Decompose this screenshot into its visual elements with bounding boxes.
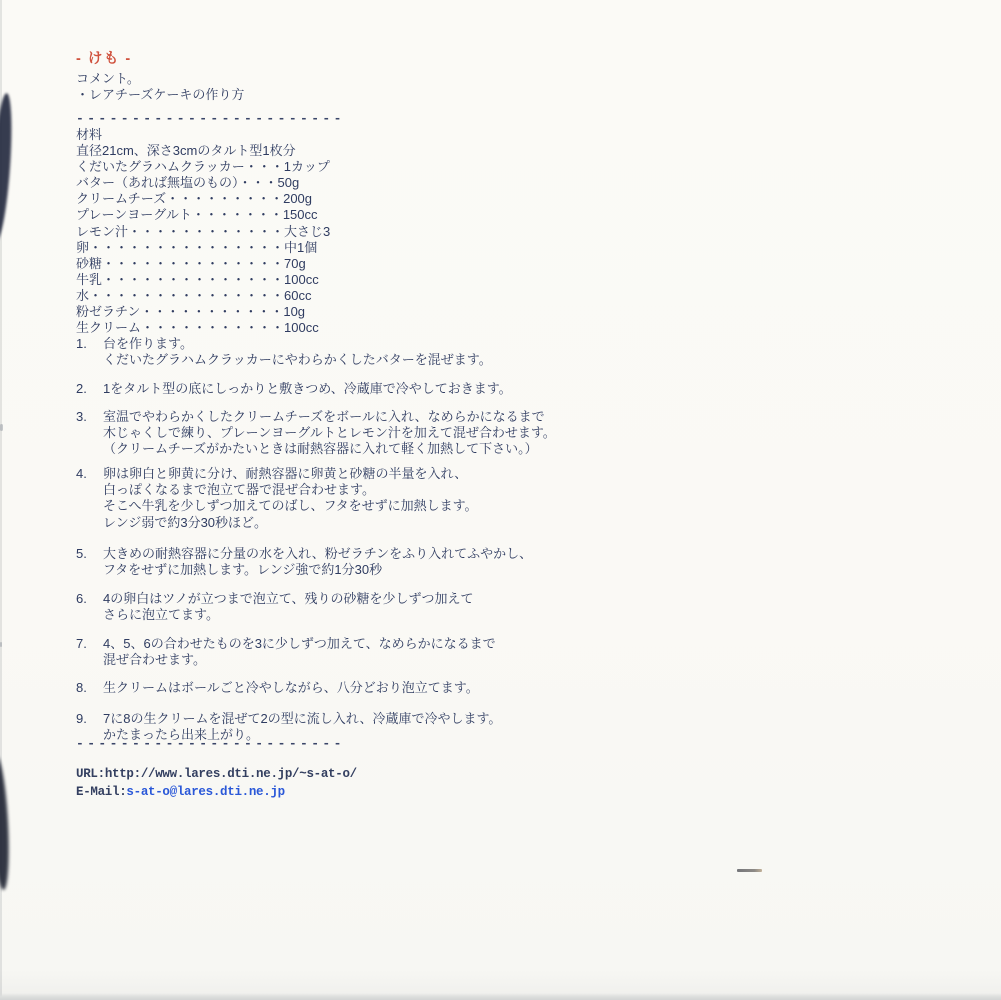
step-number: 1. [76,336,103,368]
recipe-step: 4. 卵は卵白と卵黄に分け、耐熱容器に卵黄と砂糖の半量を入れ、 白っぽくなるまで… [76,466,478,531]
comment-label: コメント。 [76,71,244,87]
ingredient-line: 牛乳・・・・・・・・・・・・・・100cc [76,272,330,288]
recipe-step: 8. 生クリームはボールごと冷やしながら、八分どおり泡立てます。 [76,680,479,696]
step-line: フタをせずに加熱します。レンジ強で約1分30秒 [103,562,532,578]
recipe-step: 6. 4の卵白はツノが立つまで泡立て、残りの砂糖を少しずつ加えて さらに泡立てま… [76,591,473,623]
scan-artifact-left-top [0,93,15,242]
step-line: 混ぜ合わせます。 [103,652,496,668]
step-line: レンジ弱で約3分30秒ほど。 [103,515,478,531]
step-line: 木じゃくしで練り、プレーンヨーグルトとレモン汁を加えて混ぜ合わせます。 [103,425,556,441]
ingredients-section: 材料 直径21cm、深さ3cmのタルト型1枚分 くだいたグラハムクラッカー・・・… [76,127,330,336]
scan-artifact-dash [737,869,762,872]
ingredients-header: 材料 [76,127,330,143]
step-number: 4. [76,466,103,531]
ingredient-line: くだいたグラハムクラッカー・・・1カップ [76,159,330,175]
ingredient-line: レモン汁・・・・・・・・・・・・大さじ3 [76,224,330,240]
email-line: E-Mail:s-at-o@lares.dti.ne.jp [76,784,357,802]
url-value: http://www.lares.dti.ne.jp/~s-at-o/ [105,767,357,781]
page-title: - けも - [76,51,132,67]
step-number: 5. [76,546,103,578]
recipe-step: 7. 4、5、6の合わせたものを3に少しずつ加えて、なめらかになるまで 混ぜ合わ… [76,636,496,668]
scan-speck [0,424,3,431]
header-block: コメント。 ・レアチーズケーキの作り方 [76,71,244,103]
page-bottom-edge [0,993,1001,1000]
step-number: 2. [76,381,103,397]
step-line: 卵は卵白と卵黄に分け、耐熱容器に卵黄と砂糖の半量を入れ、 [103,466,478,482]
ingredient-line: 生クリーム・・・・・・・・・・・100cc [76,320,330,336]
step-number: 8. [76,680,103,696]
ingredient-line: 水・・・・・・・・・・・・・・・60cc [76,288,330,304]
scanned-page: - けも - コメント。 ・レアチーズケーキの作り方 -------------… [0,0,1001,1000]
ingredient-yield-line: 直径21cm、深さ3cmのタルト型1枚分 [76,143,330,159]
ingredient-line: 粉ゼラチン・・・・・・・・・・・10g [76,304,330,320]
step-line: 7に8の生クリームを混ぜて2の型に流し入れ、冷蔵庫で冷やします。 [103,711,501,727]
recipe-step: 2. 1をタルト型の底にしっかりと敷きつめ、冷蔵庫で冷やしておきます。 [76,381,512,397]
step-line: 4、5、6の合わせたものを3に少しずつ加えて、なめらかになるまで [103,636,496,652]
recipe-step: 1. 台を作ります。 くだいたグラハムクラッカーにやわらかくしたバターを混ぜます… [76,336,492,368]
dashed-separator-bottom: ------------------------ [76,737,345,751]
ingredient-line: プレーンヨーグルト・・・・・・・150cc [76,207,330,223]
step-line: 白っぽくなるまで泡立て器で混ぜ合わせます。 [103,482,478,498]
step-number: 3. [76,409,103,458]
step-line: （クリームチーズがかたいときは耐熱容器に入れて軽く加熱して下さい。） [103,441,556,457]
step-line: 台を作ります。 [103,336,492,352]
step-line: くだいたグラハムクラッカーにやわらかくしたバターを混ぜます。 [103,352,492,368]
recipe-step: 3. 室温でやわらかくしたクリームチーズをボールに入れ、なめらかになるまで 木じ… [76,409,556,458]
scan-speck [0,642,2,647]
step-line: さらに泡立てます。 [103,607,473,623]
url-line: URL:http://www.lares.dti.ne.jp/~s-at-o/ [76,766,357,784]
step-line: 生クリームはボールごと冷やしながら、八分どおり泡立てます。 [103,680,479,696]
email-label: E-Mail: [76,785,126,799]
email-address: s-at-o@lares.dti.ne.jp [126,785,284,799]
step-number: 7. [76,636,103,668]
step-number: 6. [76,591,103,623]
step-line: そこへ牛乳を少しずつ加えてのばし、フタをせずに加熱します。 [103,498,478,514]
scan-artifact-left-bottom [0,756,11,891]
step-line: 室温でやわらかくしたクリームチーズをボールに入れ、なめらかになるまで [103,409,556,425]
step-line: 4の卵白はツノが立つまで泡立て、残りの砂糖を少しずつ加えて [103,591,473,607]
recipe-step: 5. 大きめの耐熱容器に分量の水を入れ、粉ゼラチンをふり入れてふやかし、 フタを… [76,546,532,578]
ingredient-line: 砂糖・・・・・・・・・・・・・・70g [76,256,330,272]
ingredient-line: 卵・・・・・・・・・・・・・・・中1個 [76,240,330,256]
url-label: URL: [76,767,105,781]
ingredient-line: クリームチーズ・・・・・・・・・200g [76,191,330,207]
step-line: 大きめの耐熱容器に分量の水を入れ、粉ゼラチンをふり入れてふやかし、 [103,546,532,562]
dashed-separator-top: ------------------------ [76,112,345,126]
ingredient-line: バター（あれば無塩のもの）・・・50g [76,175,330,191]
step-line: 1をタルト型の底にしっかりと敷きつめ、冷蔵庫で冷やしておきます。 [103,381,512,397]
contact-block: URL:http://www.lares.dti.ne.jp/~s-at-o/ … [76,766,357,802]
recipe-subtitle: ・レアチーズケーキの作り方 [76,87,244,103]
